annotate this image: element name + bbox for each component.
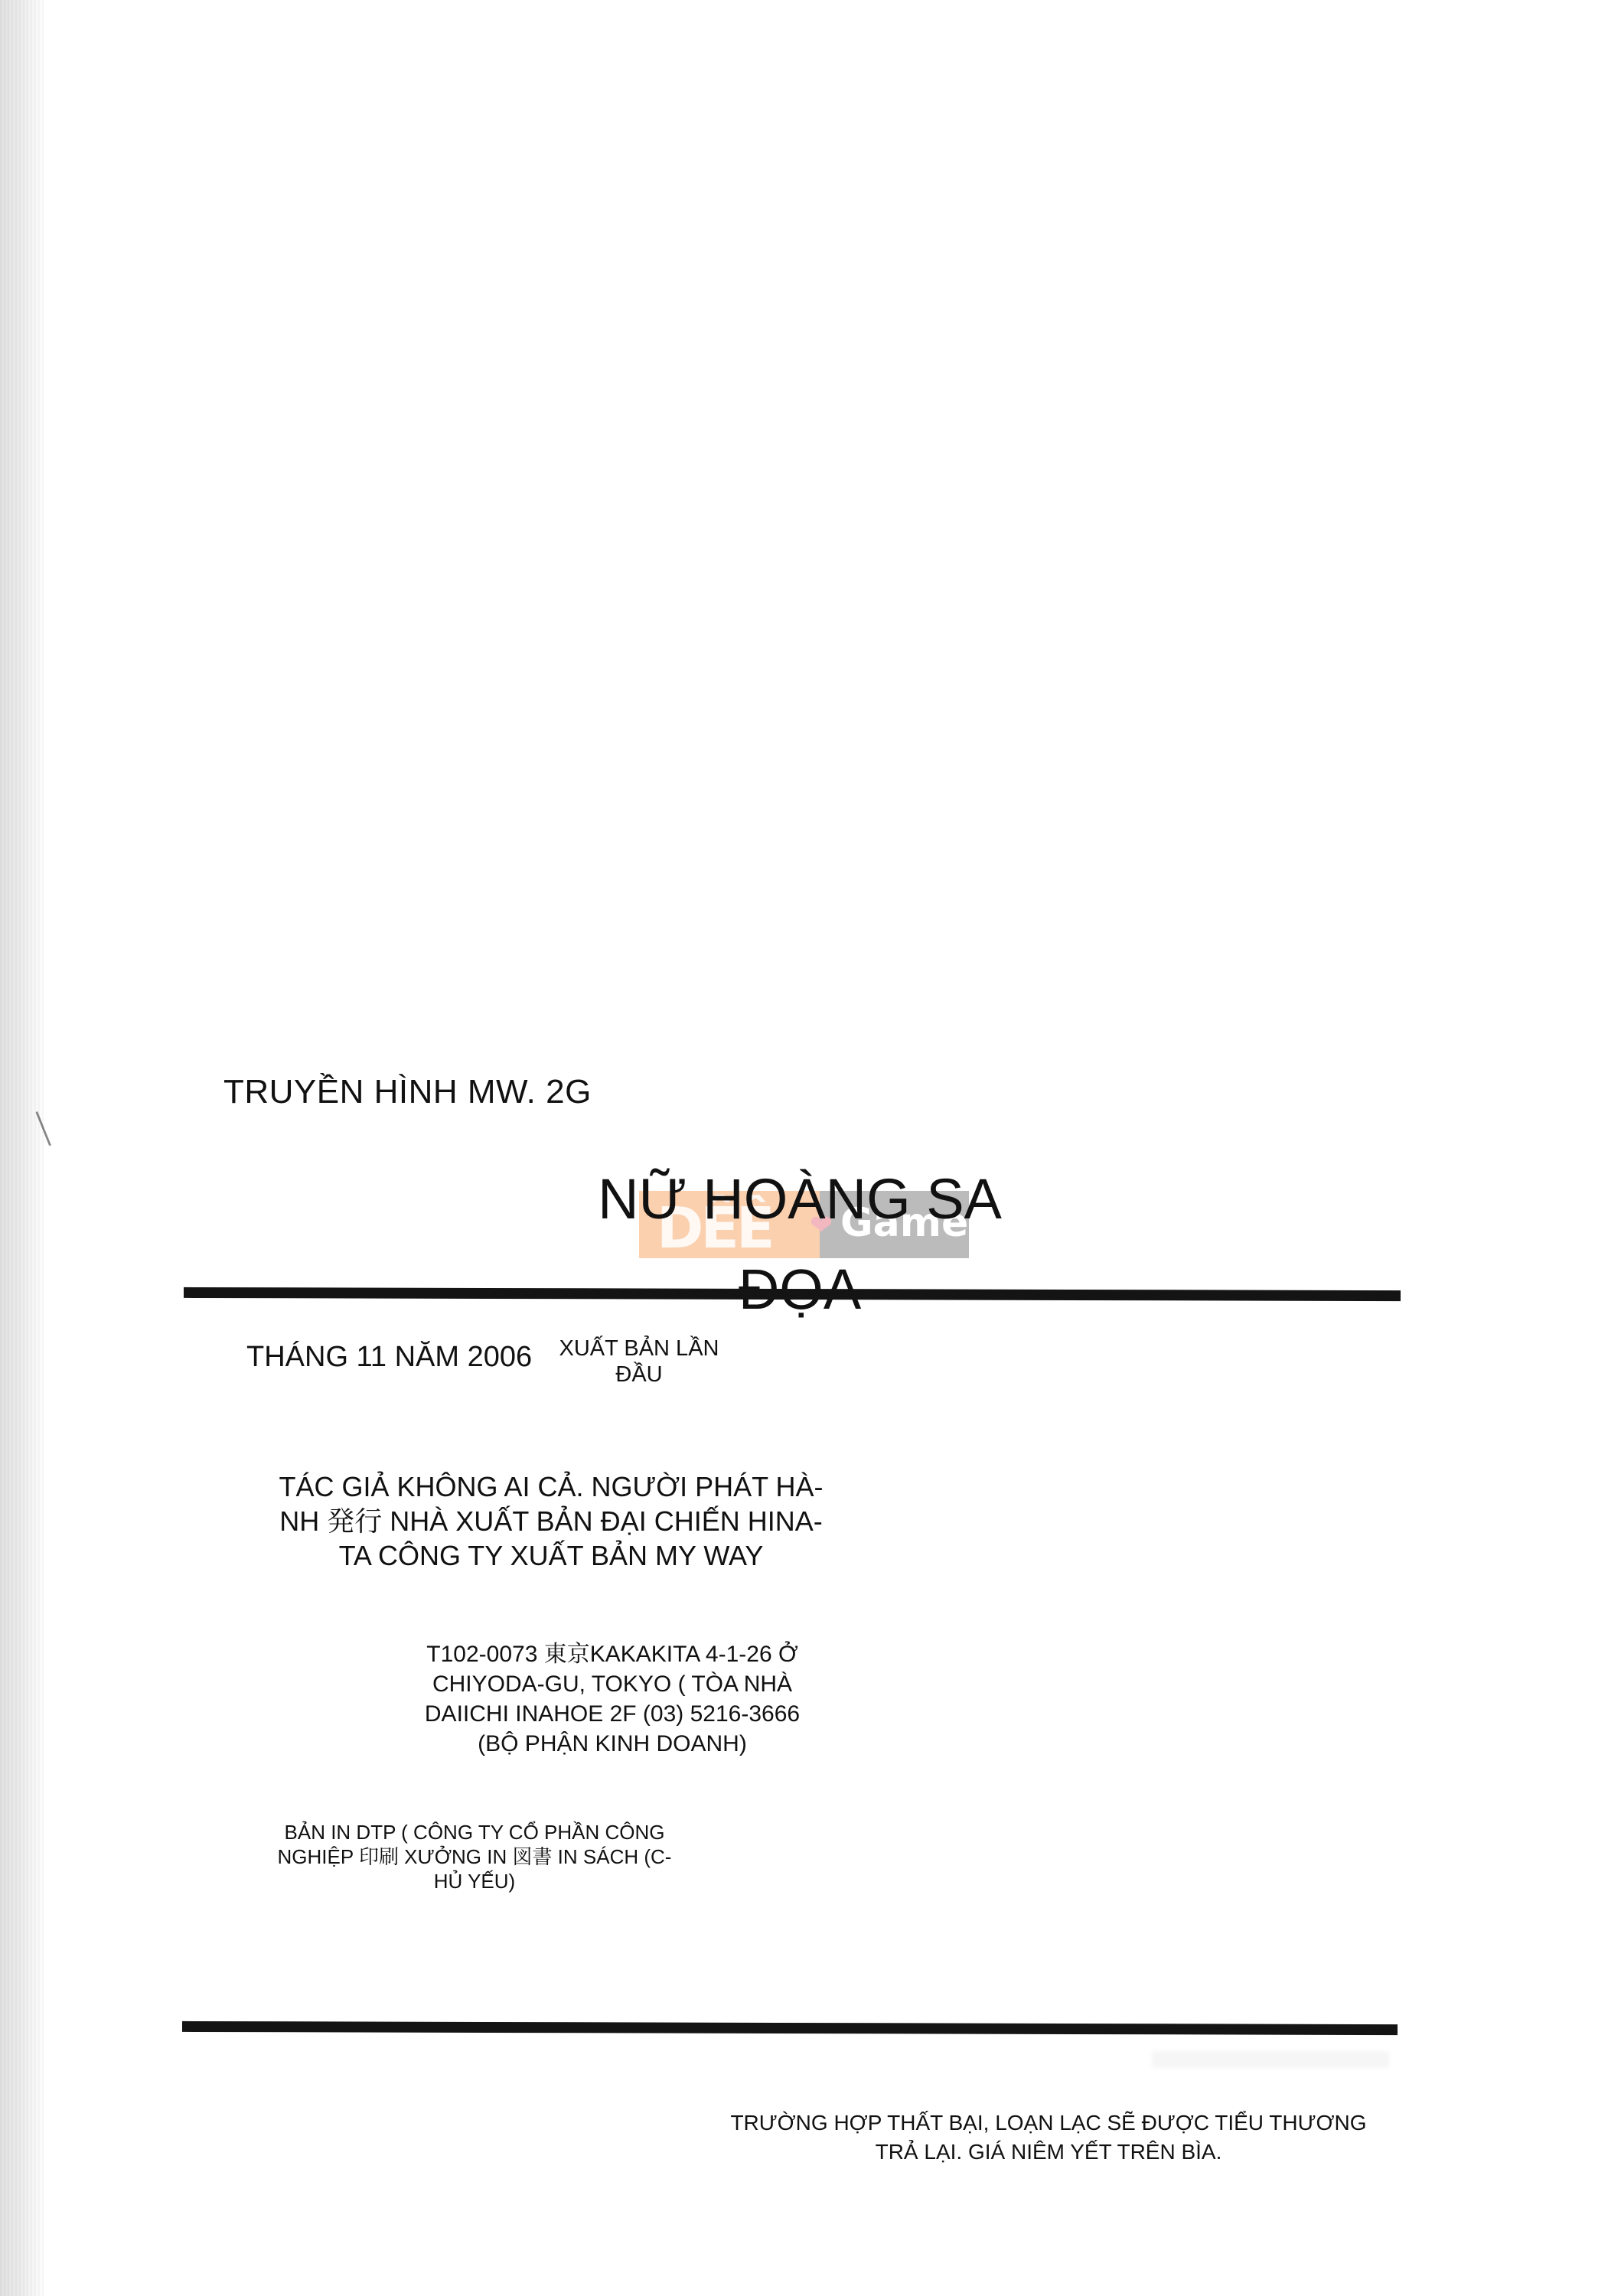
address-line: DAIICHI INAHOE 2F (03) 5216-3666 (383, 1699, 842, 1729)
author-line: TA CÔNG TY XUẤT BẢN MY WAY (245, 1538, 857, 1573)
author-line: TÁC GIẢ KHÔNG AI CẢ. NGƯỜI PHÁT HÀ- (245, 1469, 857, 1504)
author-line: NH 発行 NHÀ XUẤT BẢN ĐẠI CHIẾN HINA- (245, 1504, 857, 1538)
footer-line: TRƯỜNG HỢP THẤT BẠI, LOẠN LẠC SẼ ĐƯỢC TI… (704, 2108, 1393, 2138)
address-line: (BỘ PHẬN KINH DOANH) (383, 1729, 842, 1759)
edition-line-1: XUẤT BẢN LẦN (551, 1336, 727, 1362)
top-divider (184, 1287, 1401, 1301)
footer-line: TRẢ LẠI. GIÁ NIÊM YẾT TRÊN BÌA. (704, 2138, 1393, 2167)
printer-line: BẢN IN DTP ( CÔNG TY CỔ PHẦN CÔNG (253, 1820, 696, 1844)
book-title: NỮ HOÀNG SA ĐỌA (570, 1154, 1029, 1335)
printer-line: NGHIỆP 印刷 XƯỞNG IN 図書 IN SÁCH (C- (253, 1844, 696, 1869)
scan-edge-shadow (0, 0, 44, 2296)
address-line: T102-0073 東京KAKAKITA 4-1-26 Ở (383, 1639, 842, 1669)
printer-block: BẢN IN DTP ( CÔNG TY CỔ PHẦN CÔNG NGHIỆP… (253, 1820, 696, 1893)
publication-date: THÁNG 11 NĂM 2006 (246, 1341, 532, 1374)
series-label: TRUYỀN HÌNH MW. 2G (223, 1073, 592, 1111)
printer-line: HỦ YẾU) (253, 1869, 696, 1893)
author-publisher-block: TÁC GIẢ KHÔNG AI CẢ. NGƯỜI PHÁT HÀ- NH 発… (245, 1469, 857, 1573)
address-block: T102-0073 東京KAKAKITA 4-1-26 Ở CHIYODA-GU… (383, 1639, 842, 1759)
faded-print-artifact (1152, 2051, 1389, 2068)
return-policy-note: TRƯỜNG HỢP THẤT BẠI, LOẠN LẠC SẼ ĐƯỢC TI… (704, 2108, 1393, 2167)
address-line: CHIYODA-GU, TOKYO ( TÒA NHÀ (383, 1669, 842, 1699)
bottom-divider (182, 2021, 1398, 2035)
book-title-line-1: NỮ HOÀNG SA (570, 1154, 1029, 1244)
edition-line-2: ĐẦU (551, 1362, 727, 1388)
edition-note: XUẤT BẢN LẦN ĐẦU (551, 1336, 727, 1388)
